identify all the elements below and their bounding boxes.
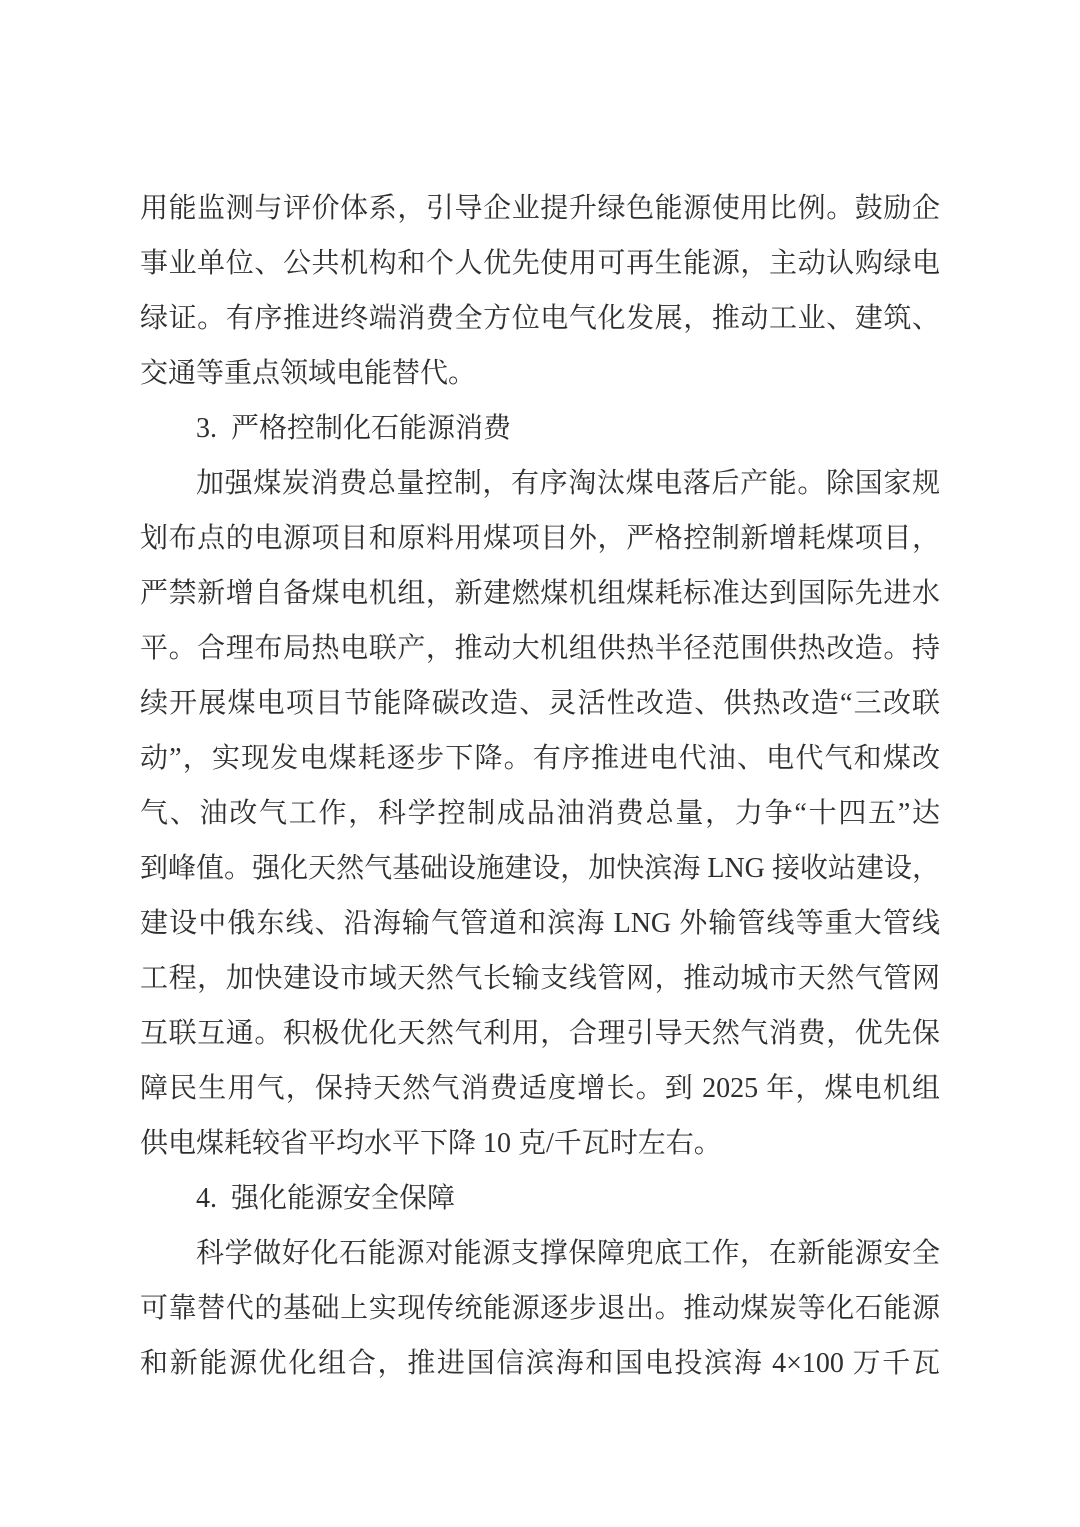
paragraph-fossil-energy-control: 加强煤炭消费总量控制，有序淘汰煤电落后产能。除国家规 划布点的电源项目和原料用煤… <box>140 456 940 1171</box>
text-line: 加强煤炭消费总量控制，有序淘汰煤电落后产能。除国家规 <box>140 456 940 511</box>
text-line: 和新能源优化组合，推进国信滨海和国电投滨海 4×100 万千瓦 <box>140 1336 940 1391</box>
text-line: 交通等重点领域电能替代。 <box>140 346 940 401</box>
text-line: 严禁新增自备煤电机组，新建燃煤机组煤耗标准达到国际先进水 <box>140 566 940 621</box>
paragraph-energy-security: 科学做好化石能源对能源支撑保障兜底工作，在新能源安全 可靠替代的基础上实现传统能… <box>140 1226 940 1391</box>
section-heading-3: 3. 严格控制化石能源消费 <box>140 401 940 456</box>
text-line: 平。合理布局热电联产，推动大机组供热半径范围供热改造。持 <box>140 621 940 676</box>
text-line: 划布点的电源项目和原料用煤项目外，严格控制新增耗煤项目， <box>140 511 940 566</box>
text-line: 供电煤耗较省平均水平下降 10 克/千瓦时左右。 <box>140 1116 940 1171</box>
text-line: 续开展煤电项目节能降碳改造、灵活性改造、供热改造“三改联 <box>140 676 940 731</box>
text-line: 工程，加快建设市域天然气长输支线管网，推动城市天然气管网 <box>140 951 940 1006</box>
text-line: 动”，实现发电煤耗逐步下降。有序推进电代油、电代气和煤改 <box>140 731 940 786</box>
text-line: 气、油改气工作，科学控制成品油消费总量，力争“十四五”达 <box>140 786 940 841</box>
section-heading-4: 4. 强化能源安全保障 <box>140 1171 940 1226</box>
document-page: 用能监测与评价体系，引导企业提升绿色能源使用比例。鼓励企 事业单位、公共机构和个… <box>0 0 1080 1527</box>
paragraph-continuation: 用能监测与评价体系，引导企业提升绿色能源使用比例。鼓励企 事业单位、公共机构和个… <box>140 181 940 401</box>
heading-line: 3. 严格控制化石能源消费 <box>140 401 940 456</box>
text-line: 障民生用气，保持天然气消费适度增长。到 2025 年，煤电机组 <box>140 1061 940 1116</box>
text-line: 可靠替代的基础上实现传统能源逐步退出。推动煤炭等化石能源 <box>140 1281 940 1336</box>
heading-line: 4. 强化能源安全保障 <box>140 1171 940 1226</box>
text-line: 到峰值。强化天然气基础设施建设，加快滨海 LNG 接收站建设， <box>140 841 940 896</box>
text-line: 科学做好化石能源对能源支撑保障兜底工作，在新能源安全 <box>140 1226 940 1281</box>
text-line: 用能监测与评价体系，引导企业提升绿色能源使用比例。鼓励企 <box>140 181 940 236</box>
text-line: 绿证。有序推进终端消费全方位电气化发展，推动工业、建筑、 <box>140 291 940 346</box>
text-line: 事业单位、公共机构和个人优先使用可再生能源，主动认购绿电 <box>140 236 940 291</box>
text-line: 互联互通。积极优化天然气利用，合理引导天然气消费，优先保 <box>140 1006 940 1061</box>
text-line: 建设中俄东线、沿海输气管道和滨海 LNG 外输管线等重大管线 <box>140 896 940 951</box>
